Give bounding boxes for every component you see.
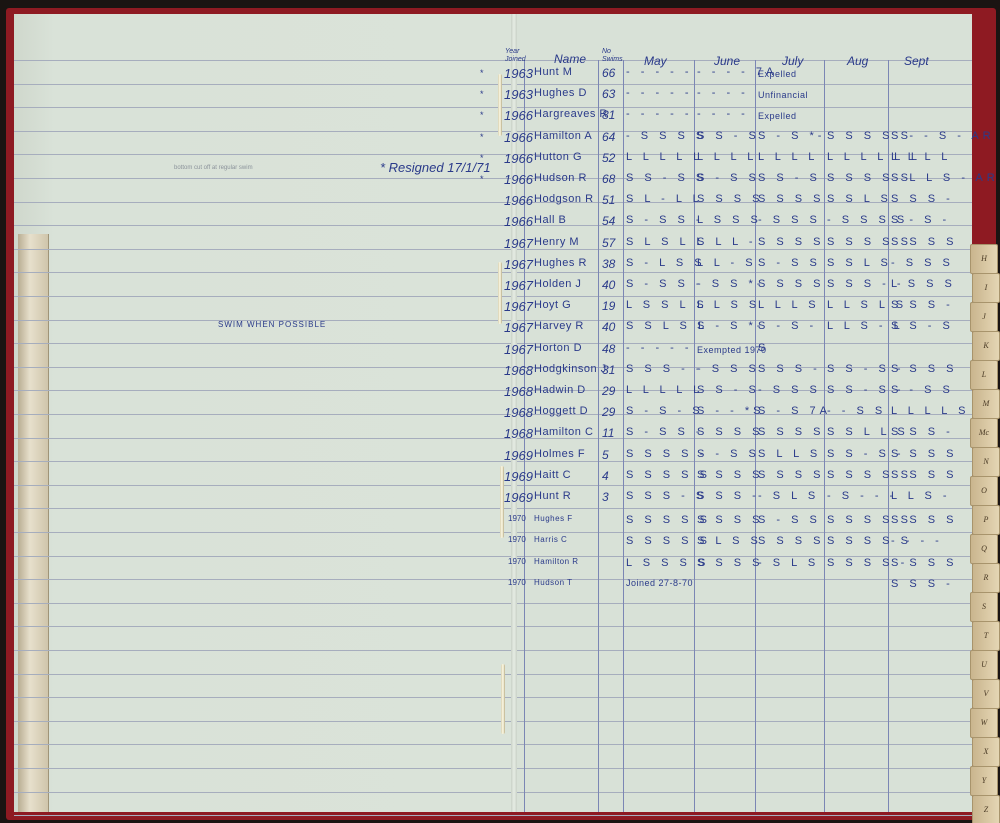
cell-may: S - S S - bbox=[626, 214, 704, 226]
cell-june: S S S - bbox=[697, 490, 760, 502]
cell-swim-count: 40 bbox=[602, 320, 615, 334]
ruled-line bbox=[14, 60, 972, 61]
cell-july: Unfinancial bbox=[758, 90, 808, 100]
cell-may: L L L L L bbox=[626, 151, 703, 163]
cell-july: S S S S bbox=[758, 426, 825, 438]
cell-sept: S S S - bbox=[891, 299, 954, 311]
header-month-aug: Aug bbox=[847, 54, 868, 68]
cell-year-joined: 1968 bbox=[504, 384, 533, 399]
ruled-line bbox=[14, 650, 972, 651]
cell-sept: - S S S bbox=[891, 257, 954, 269]
cell-june: L L S S bbox=[697, 299, 760, 311]
star-marker-icon: * bbox=[480, 68, 484, 78]
cell-member-name: Hodgkinson J bbox=[534, 363, 607, 375]
cell-year-joined: 1967 bbox=[504, 278, 533, 293]
cell-year-joined: 1967 bbox=[504, 342, 533, 357]
index-tab-k[interactable]: K bbox=[972, 331, 1000, 361]
ruled-line bbox=[14, 721, 972, 722]
cell-july: - S S S bbox=[758, 384, 821, 396]
index-tab-o[interactable]: O bbox=[970, 476, 998, 506]
cell-swim-count: 29 bbox=[602, 405, 615, 419]
cell-member-name: Holmes F bbox=[534, 448, 585, 460]
resignation-note-text: Resigned 17/1/71 bbox=[389, 160, 491, 175]
cell-member-name: Holden J bbox=[534, 278, 581, 290]
cell-year-joined: 1963 bbox=[504, 66, 533, 81]
staple bbox=[501, 664, 505, 734]
cell-july: S - S 7A bbox=[758, 405, 831, 417]
cell-june: S S S S bbox=[697, 557, 764, 569]
cell-year-joined: 1970 bbox=[508, 514, 526, 523]
header-month-july: July bbox=[782, 54, 803, 68]
ruled-line bbox=[14, 485, 972, 486]
star-marker-icon: * bbox=[480, 153, 484, 163]
cell-year-joined: 1969 bbox=[504, 448, 533, 463]
index-tab-x[interactable]: X bbox=[972, 737, 1000, 767]
cell-swim-count: 64 bbox=[602, 130, 615, 144]
cell-year-joined: 1966 bbox=[504, 130, 533, 145]
ruled-line bbox=[14, 272, 972, 273]
ruled-line bbox=[14, 343, 972, 344]
cell-member-name: Hamilton R bbox=[534, 557, 579, 566]
cell-july: S S S S bbox=[758, 535, 825, 547]
cell-member-name: Hamilton C bbox=[534, 426, 593, 438]
cell-swim-count: 68 bbox=[602, 172, 615, 186]
staple bbox=[498, 262, 502, 324]
cell-june: S S S S bbox=[697, 514, 764, 526]
cell-year-joined: 1966 bbox=[504, 151, 533, 166]
cell-may: S S S - - bbox=[626, 363, 704, 375]
cell-sept: S S S S bbox=[891, 448, 958, 460]
cell-member-name: Hamilton A bbox=[534, 130, 592, 142]
cell-sept: S S - S bbox=[891, 320, 954, 332]
cell-sept: L S S S bbox=[891, 278, 956, 290]
index-tab-i[interactable]: I bbox=[972, 273, 1000, 303]
cell-aug: - S - - - bbox=[827, 490, 897, 502]
cell-aug: S S L S bbox=[827, 257, 892, 269]
header-year-joined: Year Joined bbox=[505, 48, 527, 64]
cell-member-name: Hall B bbox=[534, 214, 566, 226]
cell-member-name: Hodgson R bbox=[534, 193, 594, 205]
cell-may: - - - - - bbox=[626, 342, 693, 354]
cell-member-name: Hughes R bbox=[534, 257, 587, 269]
cell-july: S - S - bbox=[758, 320, 817, 332]
index-tab-l[interactable]: L bbox=[970, 360, 998, 390]
cell-june: S L L - bbox=[697, 236, 757, 248]
cell-may: - - - - - bbox=[626, 87, 693, 99]
cell-sept: L L S - bbox=[891, 490, 951, 502]
cell-june: S S - S bbox=[697, 384, 760, 396]
cell-year-joined: 1966 bbox=[504, 193, 533, 208]
cell-july: S S S S bbox=[758, 469, 825, 481]
cell-member-name: Hughes F bbox=[534, 514, 573, 523]
cell-year-joined: 1966 bbox=[504, 172, 533, 187]
ruled-line bbox=[14, 84, 972, 85]
ruled-line bbox=[14, 792, 972, 793]
cell-swim-count: 51 bbox=[602, 193, 615, 207]
cell-swim-count: 4 bbox=[602, 469, 609, 483]
cell-sept: S - S S bbox=[891, 384, 954, 396]
cell-swim-count: 63 bbox=[602, 87, 615, 101]
index-tab-j[interactable]: J bbox=[970, 302, 998, 332]
cell-year-joined: 1970 bbox=[508, 535, 526, 544]
cell-sept: S S S S bbox=[891, 236, 958, 248]
cell-may: - - - - - bbox=[626, 108, 693, 120]
cell-sept: S S S S bbox=[891, 469, 958, 481]
cell-may: - S S S S bbox=[626, 130, 707, 142]
cell-july: S - S *- bbox=[758, 130, 825, 142]
ruled-line bbox=[14, 296, 972, 297]
cell-june: S S S S bbox=[697, 193, 764, 205]
cell-july: S bbox=[758, 342, 769, 354]
cell-june: - S S *- bbox=[697, 278, 764, 290]
header-name: Name bbox=[554, 52, 586, 66]
cell-july: - S L S bbox=[758, 490, 819, 502]
cell-year-joined: 1966 bbox=[504, 214, 533, 229]
cell-swim-count: 38 bbox=[602, 257, 615, 271]
column-divider bbox=[598, 60, 599, 812]
cell-july: Expelled bbox=[758, 69, 797, 79]
cell-member-name: Hunt R bbox=[534, 490, 571, 502]
cell-july: S - S S bbox=[758, 257, 821, 269]
cell-member-name: Hughes D bbox=[534, 87, 587, 99]
cell-july: L L L S bbox=[758, 299, 820, 311]
cell-year-joined: 1967 bbox=[504, 299, 533, 314]
cell-swim-count: 81 bbox=[602, 108, 615, 122]
index-tab-p[interactable]: P bbox=[972, 505, 1000, 535]
index-tab-u[interactable]: U bbox=[970, 650, 998, 680]
cell-swim-count: 29 bbox=[602, 384, 615, 398]
cell-may: S - S S - bbox=[626, 278, 704, 290]
cell-june: S S S S bbox=[697, 426, 764, 438]
index-tab-s[interactable]: S bbox=[970, 592, 998, 622]
cell-july: L L L L bbox=[758, 151, 818, 163]
cell-swim-count: 52 bbox=[602, 151, 615, 165]
cell-aug: - - S S bbox=[827, 405, 886, 417]
ruled-line bbox=[14, 249, 972, 250]
cell-july: S - S S bbox=[758, 514, 821, 526]
cell-sept: S S S S bbox=[891, 514, 958, 526]
cell-member-name: Hudson T bbox=[534, 578, 573, 587]
cell-june: - - - - bbox=[697, 87, 749, 99]
cell-june: S - S S bbox=[697, 448, 760, 460]
star-marker-icon: * bbox=[480, 89, 484, 99]
cell-may: L S S L S bbox=[626, 299, 708, 311]
ruled-line bbox=[14, 532, 972, 533]
cell-may: L L L L L bbox=[626, 384, 703, 396]
cell-sept: S - S - bbox=[891, 214, 950, 226]
cell-member-name: Haitt C bbox=[534, 469, 571, 481]
cell-may: S L S L L bbox=[626, 236, 706, 248]
cell-swim-count: 5 bbox=[602, 448, 609, 462]
ruled-line bbox=[14, 744, 972, 745]
cell-june: Exempted 1970 bbox=[697, 345, 767, 355]
cell-june: S - - *S bbox=[697, 405, 764, 417]
cell-sept: L L L L bbox=[891, 151, 951, 163]
cell-may: S L - L L bbox=[626, 193, 703, 205]
cell-member-name: Henry M bbox=[534, 236, 579, 248]
cell-swim-count: 48 bbox=[602, 342, 615, 356]
staple bbox=[498, 74, 502, 136]
cell-year-joined: 1970 bbox=[508, 557, 526, 566]
cell-swim-count: 54 bbox=[602, 214, 615, 228]
index-tab-y[interactable]: Y bbox=[970, 766, 998, 796]
cell-june: L L - S bbox=[697, 257, 757, 269]
index-tab-r[interactable]: R bbox=[972, 563, 1000, 593]
ruled-line bbox=[14, 461, 972, 462]
cell-year-joined: 1963 bbox=[504, 87, 533, 102]
cell-swim-count: 19 bbox=[602, 299, 615, 313]
cell-member-name: Hadwin D bbox=[534, 384, 586, 396]
cell-june: S L S S bbox=[697, 535, 762, 547]
cell-sept: - - - - bbox=[891, 535, 943, 547]
cell-july: S S S S bbox=[758, 236, 825, 248]
cell-swim-count: 31 bbox=[602, 363, 615, 377]
cell-sept: L L L L S bbox=[891, 405, 969, 417]
cell-july: - S S S bbox=[758, 214, 821, 226]
index-tab-h[interactable]: H bbox=[970, 244, 998, 274]
cell-sept: S S S S bbox=[891, 363, 958, 375]
header-month-sept: Sept bbox=[904, 54, 929, 68]
cell-year-joined: 1969 bbox=[504, 469, 533, 484]
star-marker-icon: * bbox=[480, 110, 484, 120]
torn-page-stub bbox=[18, 234, 49, 812]
ruled-line bbox=[14, 508, 972, 509]
alphabet-index-tabs: HIJKLMMcNOPQRSTUVWXYZ bbox=[970, 244, 998, 823]
index-tab-t[interactable]: T bbox=[972, 621, 1000, 651]
cell-year-joined: 1967 bbox=[504, 236, 533, 251]
cell-member-name: Hargreaves R bbox=[534, 108, 608, 120]
cell-swim-count: 3 bbox=[602, 490, 609, 504]
faint-margin-note: bottom cut off at regular swim bbox=[174, 165, 253, 171]
cell-sept: S S S S bbox=[891, 557, 958, 569]
cell-june: - - - - bbox=[697, 108, 749, 120]
cell-may: - - - - - bbox=[626, 66, 693, 78]
column-divider bbox=[623, 60, 624, 812]
ruled-line bbox=[14, 107, 972, 108]
cell-year-joined: 1969 bbox=[504, 490, 533, 505]
star-marker-icon: * bbox=[480, 132, 484, 142]
index-tab-w[interactable]: W bbox=[970, 708, 998, 738]
cell-member-name: Hoggett D bbox=[534, 405, 588, 417]
header-no-swims: No Swims bbox=[602, 48, 622, 64]
cell-may: S S S S - bbox=[626, 448, 707, 460]
cell-year-joined: 1966 bbox=[504, 108, 533, 123]
cell-sept: S L L S - AR bbox=[891, 172, 999, 184]
index-tab-q[interactable]: Q bbox=[970, 534, 998, 564]
cell-may: S - S S - bbox=[626, 426, 704, 438]
cell-july: S S S S bbox=[758, 278, 825, 290]
cell-june: S - S S bbox=[697, 172, 760, 184]
cell-member-name: Harvey R bbox=[534, 320, 584, 332]
left-page bbox=[14, 14, 514, 812]
cell-year-joined: 1970 bbox=[508, 578, 526, 587]
ruled-line bbox=[14, 603, 972, 604]
cell-member-name: Harris C bbox=[534, 535, 567, 544]
cell-sept: S S S - bbox=[891, 193, 954, 205]
cell-swim-count: 40 bbox=[602, 278, 615, 292]
cell-june: L L L L bbox=[697, 151, 757, 163]
resignation-note: * Resigned 17/1/71 bbox=[380, 160, 491, 175]
ruled-line bbox=[14, 626, 972, 627]
cell-july: S S - S bbox=[758, 172, 821, 184]
ruled-line bbox=[14, 815, 972, 816]
cell-member-name: Hutton G bbox=[534, 151, 582, 163]
cell-july: S L L S bbox=[758, 448, 821, 460]
cell-sept: S - - S - AR bbox=[891, 130, 995, 142]
ruled-line bbox=[14, 697, 972, 698]
cell-year-joined: 1968 bbox=[504, 405, 533, 420]
cell-june: L S S S bbox=[697, 214, 762, 226]
cell-aug: S S L S bbox=[827, 193, 892, 205]
cell-swim-count: 11 bbox=[602, 426, 614, 440]
cell-year-joined: 1967 bbox=[504, 257, 533, 272]
cell-june: S S - S bbox=[697, 130, 760, 142]
cell-july: S S S - bbox=[758, 363, 821, 375]
cell-sept: S S S - bbox=[891, 578, 954, 590]
cell-july: - S L S bbox=[758, 557, 819, 569]
swim-instruction-note: Swim when possible bbox=[218, 320, 326, 329]
index-tab-z[interactable]: Z bbox=[972, 795, 1000, 823]
cell-may: S - L S S bbox=[626, 257, 706, 269]
index-tab-v[interactable]: V bbox=[972, 679, 1000, 709]
cell-july: Expelled bbox=[758, 111, 797, 121]
cell-member-name: Horton D bbox=[534, 342, 582, 354]
cell-july: S S S S bbox=[758, 193, 825, 205]
cell-may: S - S - S bbox=[626, 405, 704, 417]
ledger-spread: bottom cut off at regular swim * Resigne… bbox=[14, 14, 972, 812]
cell-member-name: Hunt M bbox=[534, 66, 572, 78]
cell-member-name: Hoyt G bbox=[534, 299, 571, 311]
index-tab-n[interactable]: N bbox=[972, 447, 1000, 477]
cell-june: - S S S bbox=[697, 363, 760, 375]
ruled-line bbox=[14, 768, 972, 769]
star-marker-icon: * bbox=[480, 174, 484, 184]
cell-may: S S S - S bbox=[626, 490, 707, 502]
cell-june: S - S *- bbox=[697, 320, 764, 332]
ruled-line bbox=[14, 579, 972, 580]
cell-year-joined: 1968 bbox=[504, 426, 533, 441]
cell-year-joined: 1967 bbox=[504, 320, 533, 335]
cell-year-joined: 1968 bbox=[504, 363, 533, 378]
cell-june: S S S S bbox=[697, 469, 764, 481]
cell-may: S S L S L bbox=[626, 320, 708, 332]
cell-member-name: Hudson R bbox=[534, 172, 587, 184]
cell-swim-count: 66 bbox=[602, 66, 615, 80]
index-tab-m[interactable]: M bbox=[972, 389, 1000, 419]
cell-may: Joined 27-8-70 bbox=[626, 578, 693, 588]
cell-sept: S S S - bbox=[891, 426, 954, 438]
ruled-line bbox=[14, 674, 972, 675]
cell-may: S S - S S bbox=[626, 172, 707, 184]
index-tab-mc[interactable]: Mc bbox=[970, 418, 998, 448]
cell-swim-count: 57 bbox=[602, 236, 615, 250]
